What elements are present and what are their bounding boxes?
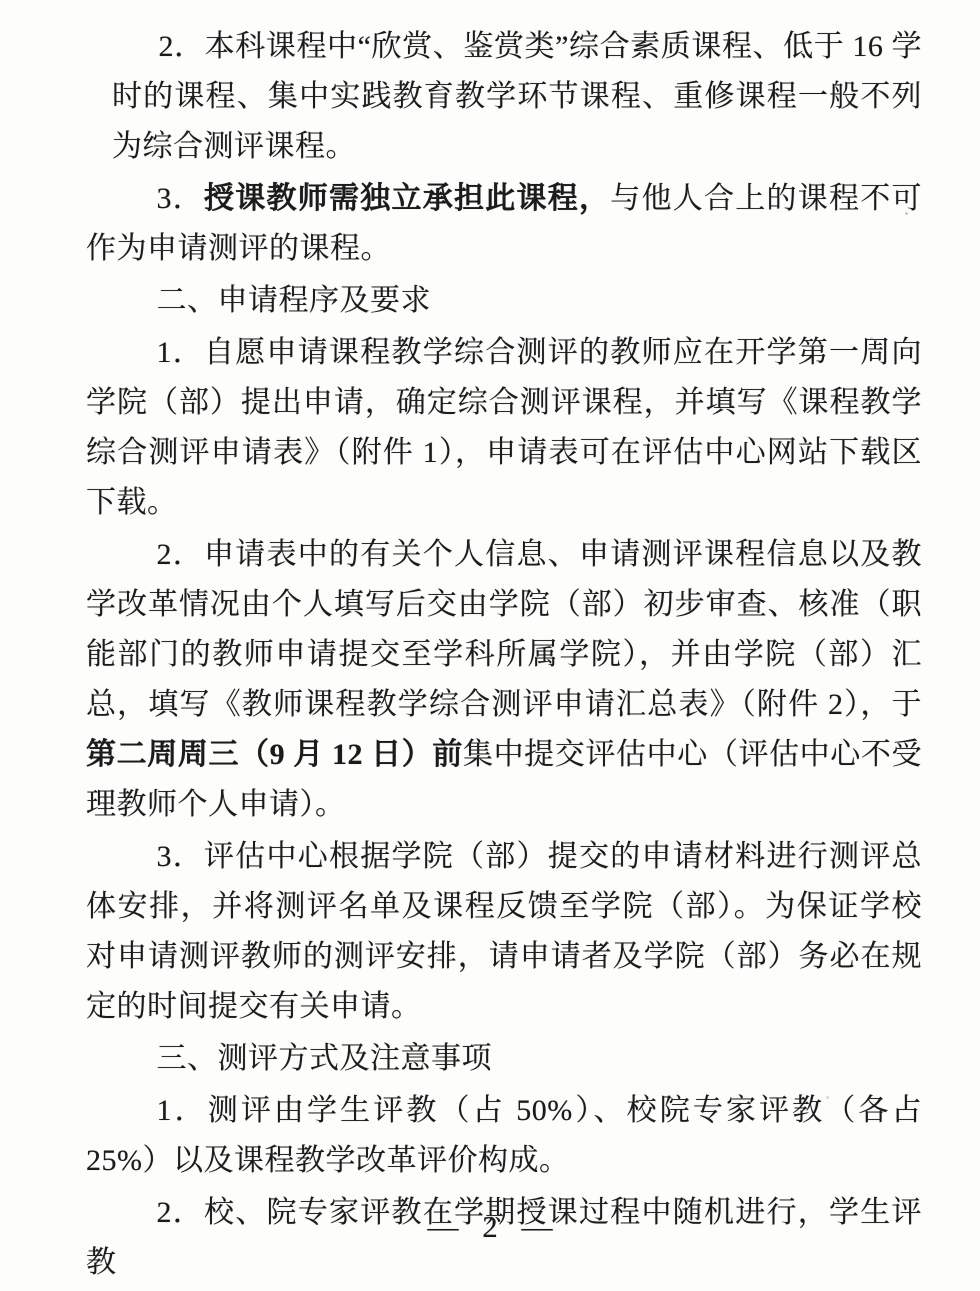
paragraph-application-item-2: 2．申请表中的有关个人信息、申请测评课程信息以及教学改革情况由个人填写后交由学院… bbox=[86, 530, 922, 830]
scan-speck bbox=[404, 1210, 406, 1212]
paragraph-item-3-independent-teaching: 3．授课教师需独立承担此课程，与他人合上的课程不可作为申请测评的课程。 bbox=[86, 174, 922, 274]
paragraph-application-item-3: 3．评估中心根据学院（部）提交的申请材料进行测评总体安排，并将测评名单及课程反馈… bbox=[86, 832, 922, 1032]
paragraph-text: 1．测评由学生评教（占 50%）、校院专家评教（各占 25%）以及课程教学改革评… bbox=[86, 1094, 922, 1177]
bold-phrase: 授课教师需独立承担此课程， bbox=[204, 182, 610, 215]
scan-speck bbox=[870, 337, 873, 339]
heading-text: 二、申请程序及要求 bbox=[157, 284, 432, 317]
page-number-text: — 2 — bbox=[428, 1209, 553, 1244]
scan-speck bbox=[905, 212, 908, 215]
section-heading-evaluation-method: 三、测评方式及注意事项 bbox=[86, 1034, 922, 1084]
scanned-document-page: 2．本科课程中“欣赏、鉴赏类”综合素质课程、低于 16 学时的课程、集中实践教育… bbox=[0, 0, 980, 1291]
paragraph-evaluation-item-1: 1．测评由学生评教（占 50%）、校院专家评教（各占 25%）以及课程教学改革评… bbox=[86, 1086, 922, 1186]
paragraph-text: 2．本科课程中“欣赏、鉴赏类”综合素质课程、低于 16 学时的课程、集中实践教育… bbox=[112, 30, 922, 163]
paragraph-text: 1．自愿申请课程教学综合测评的教师应在开学第一周向学院（部）提出申请，确定综合测… bbox=[86, 336, 922, 519]
document-body: 2．本科课程中“欣赏、鉴赏类”综合素质课程、低于 16 学时的课程、集中实践教育… bbox=[86, 22, 922, 1290]
section-heading-application-procedure: 二、申请程序及要求 bbox=[86, 276, 922, 326]
paragraph-text: 3．评估中心根据学院（部）提交的申请材料进行测评总体安排，并将测评名单及课程反馈… bbox=[86, 840, 922, 1023]
heading-text: 三、测评方式及注意事项 bbox=[157, 1042, 493, 1075]
paragraph-text: 2．申请表中的有关个人信息、申请测评课程信息以及教学改革情况由个人填写后交由学院… bbox=[86, 538, 922, 721]
paragraph-item-2-course-scope: 2．本科课程中“欣赏、鉴赏类”综合素质课程、低于 16 学时的课程、集中实践教育… bbox=[86, 22, 922, 172]
scan-speck bbox=[826, 1096, 829, 1099]
paragraph-text: 3． bbox=[157, 182, 205, 215]
paragraph-application-item-1: 1．自愿申请课程教学综合测评的教师应在开学第一周向学院（部）提出申请，确定综合测… bbox=[86, 328, 922, 528]
bold-deadline-phrase: 第二周周三（9 月 12 日）前 bbox=[86, 738, 463, 771]
page-number: — 2 — bbox=[0, 1202, 980, 1252]
